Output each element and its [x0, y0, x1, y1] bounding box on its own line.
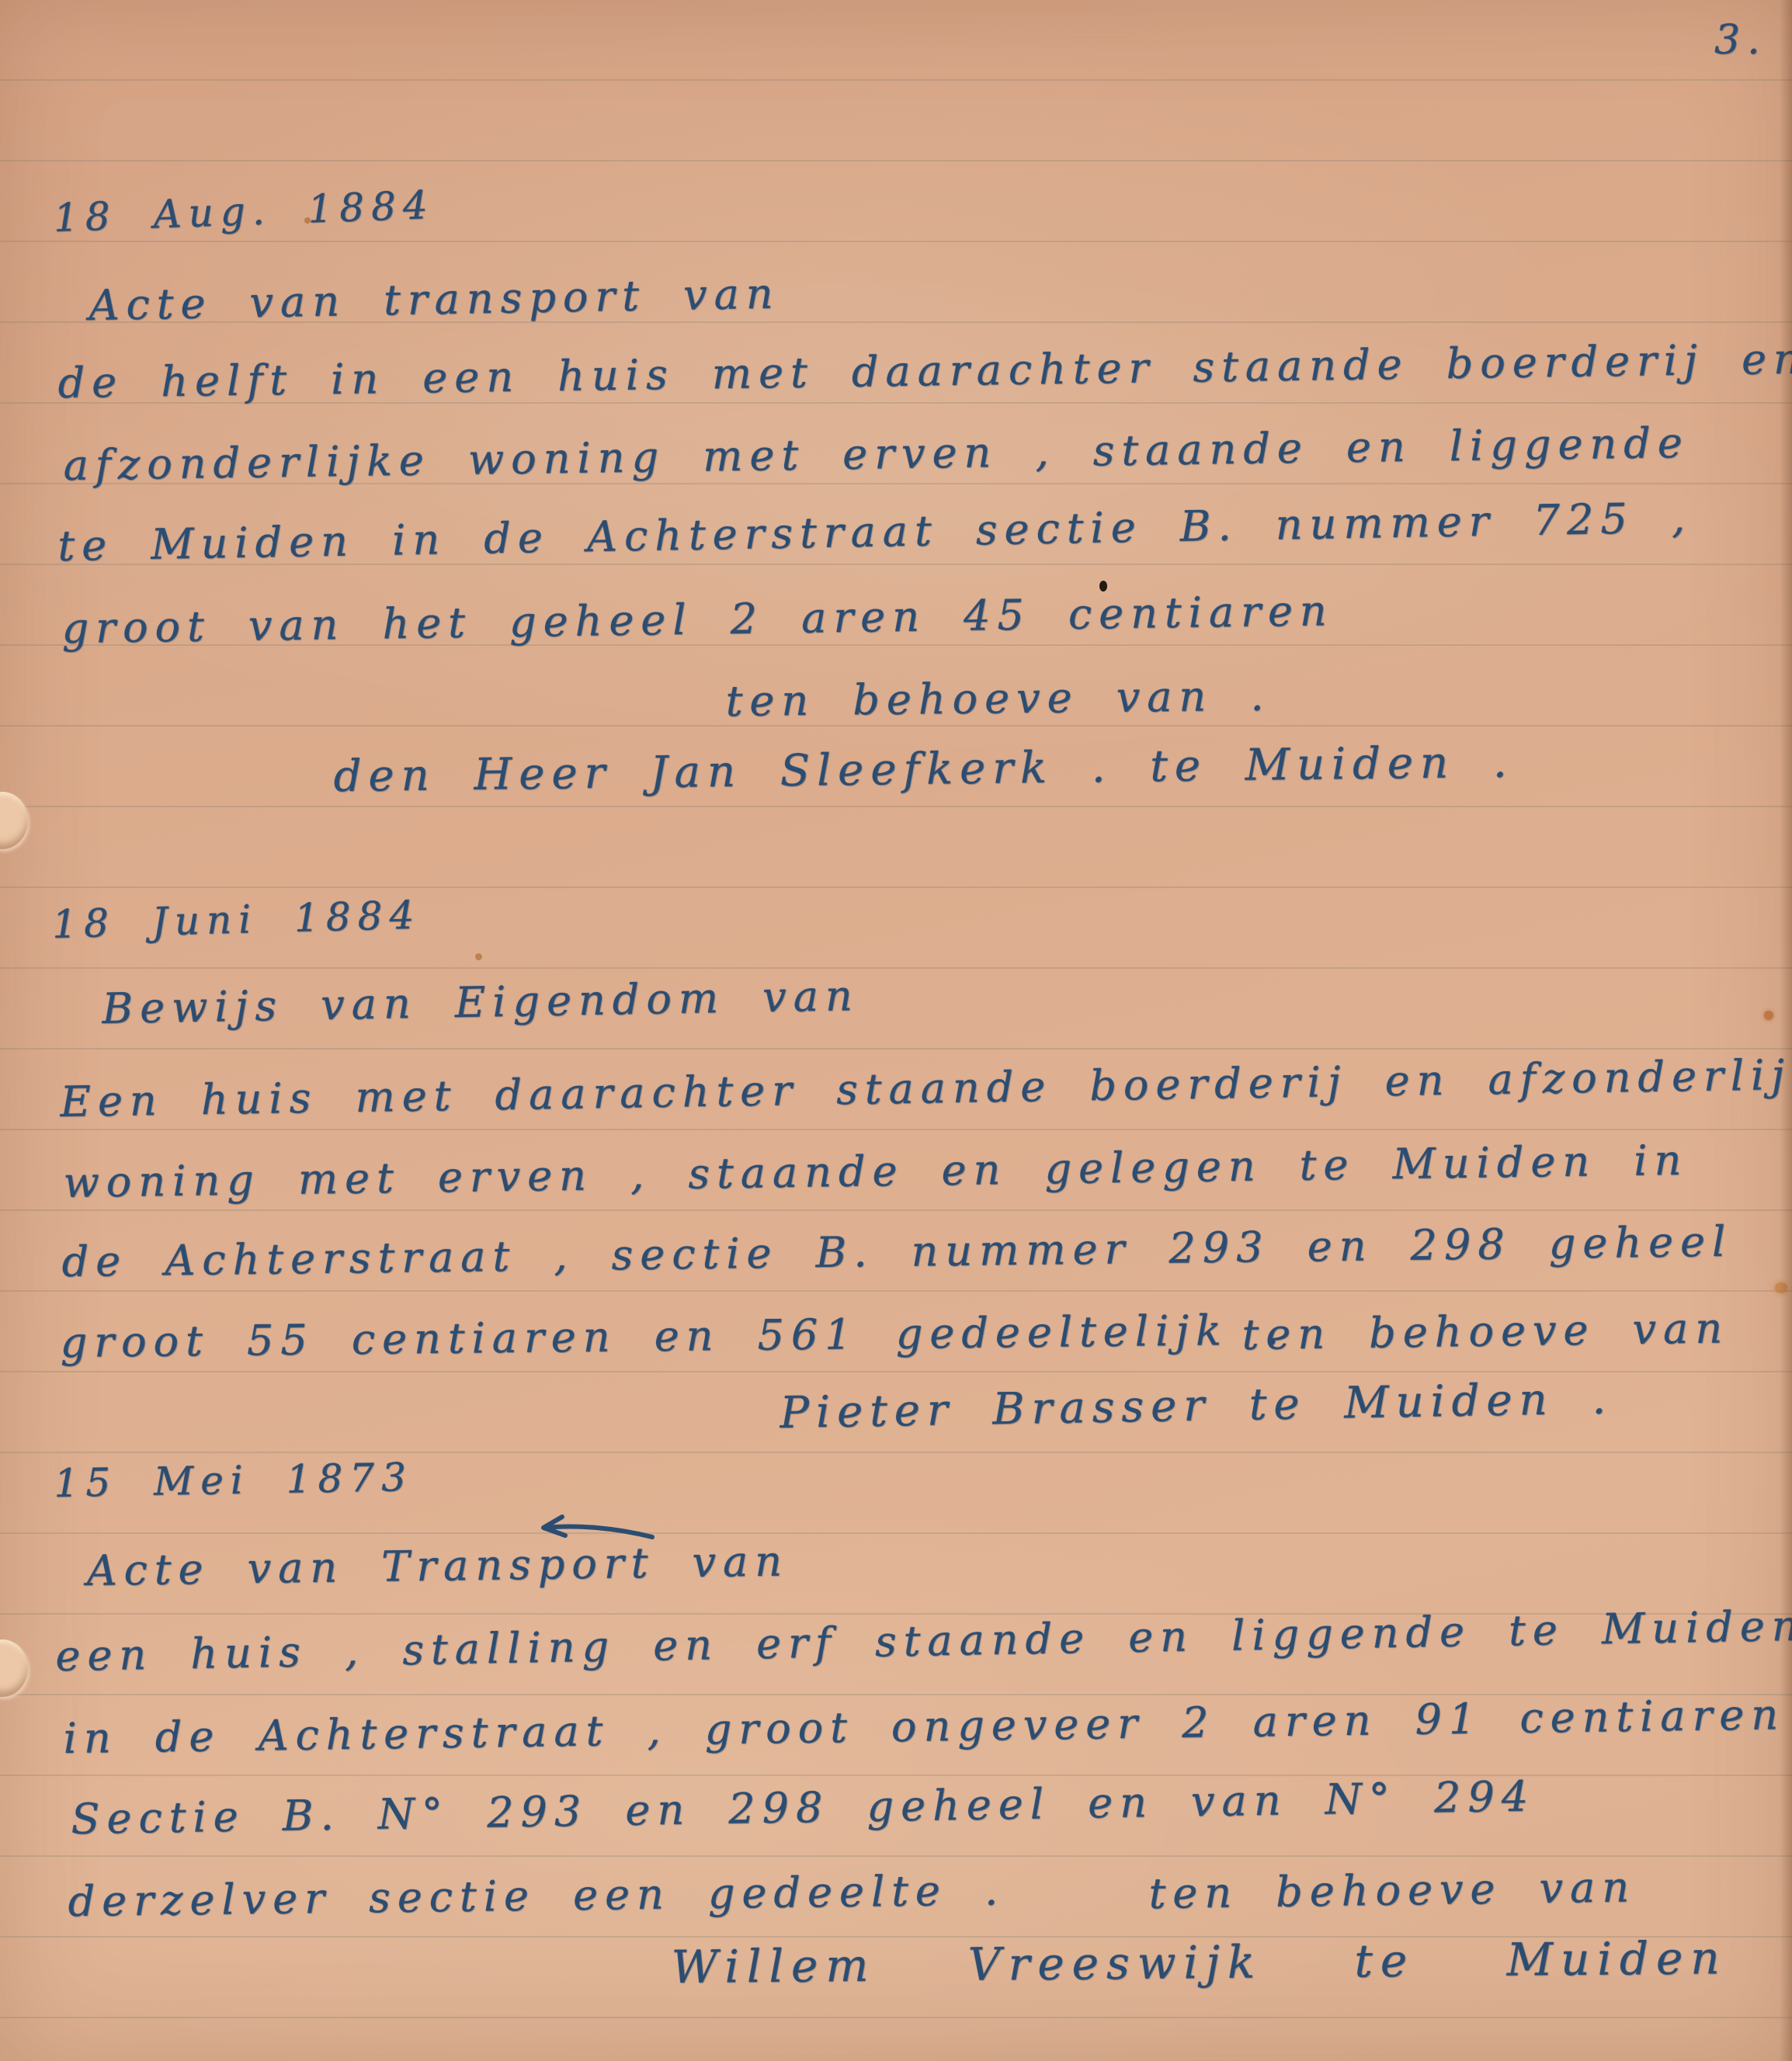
stain	[475, 953, 482, 960]
entry-2-benefit-phrase: ten behoeve van	[1242, 1303, 1729, 1359]
entry-3-beneficiary: Willem Vreeswijk te Muiden	[671, 1931, 1728, 1993]
entry-3-benefit-phrase: ten behoeve van	[1148, 1862, 1636, 1918]
entry-1-benefit-phrase: ten behoeve van .	[725, 671, 1270, 726]
page-number: 3.	[1714, 17, 1767, 64]
entry-3-title: Acte van Transport van	[86, 1536, 789, 1595]
page-edge-shadow	[1780, 0, 1792, 2061]
correction-arrow-icon	[522, 1511, 662, 1553]
stain	[1764, 1011, 1773, 1020]
entry-3-date: 15 Mei 1873	[54, 1455, 413, 1506]
manuscript-page: 3. 18 Aug. 1884 Acte van transport van d…	[0, 0, 1792, 2061]
